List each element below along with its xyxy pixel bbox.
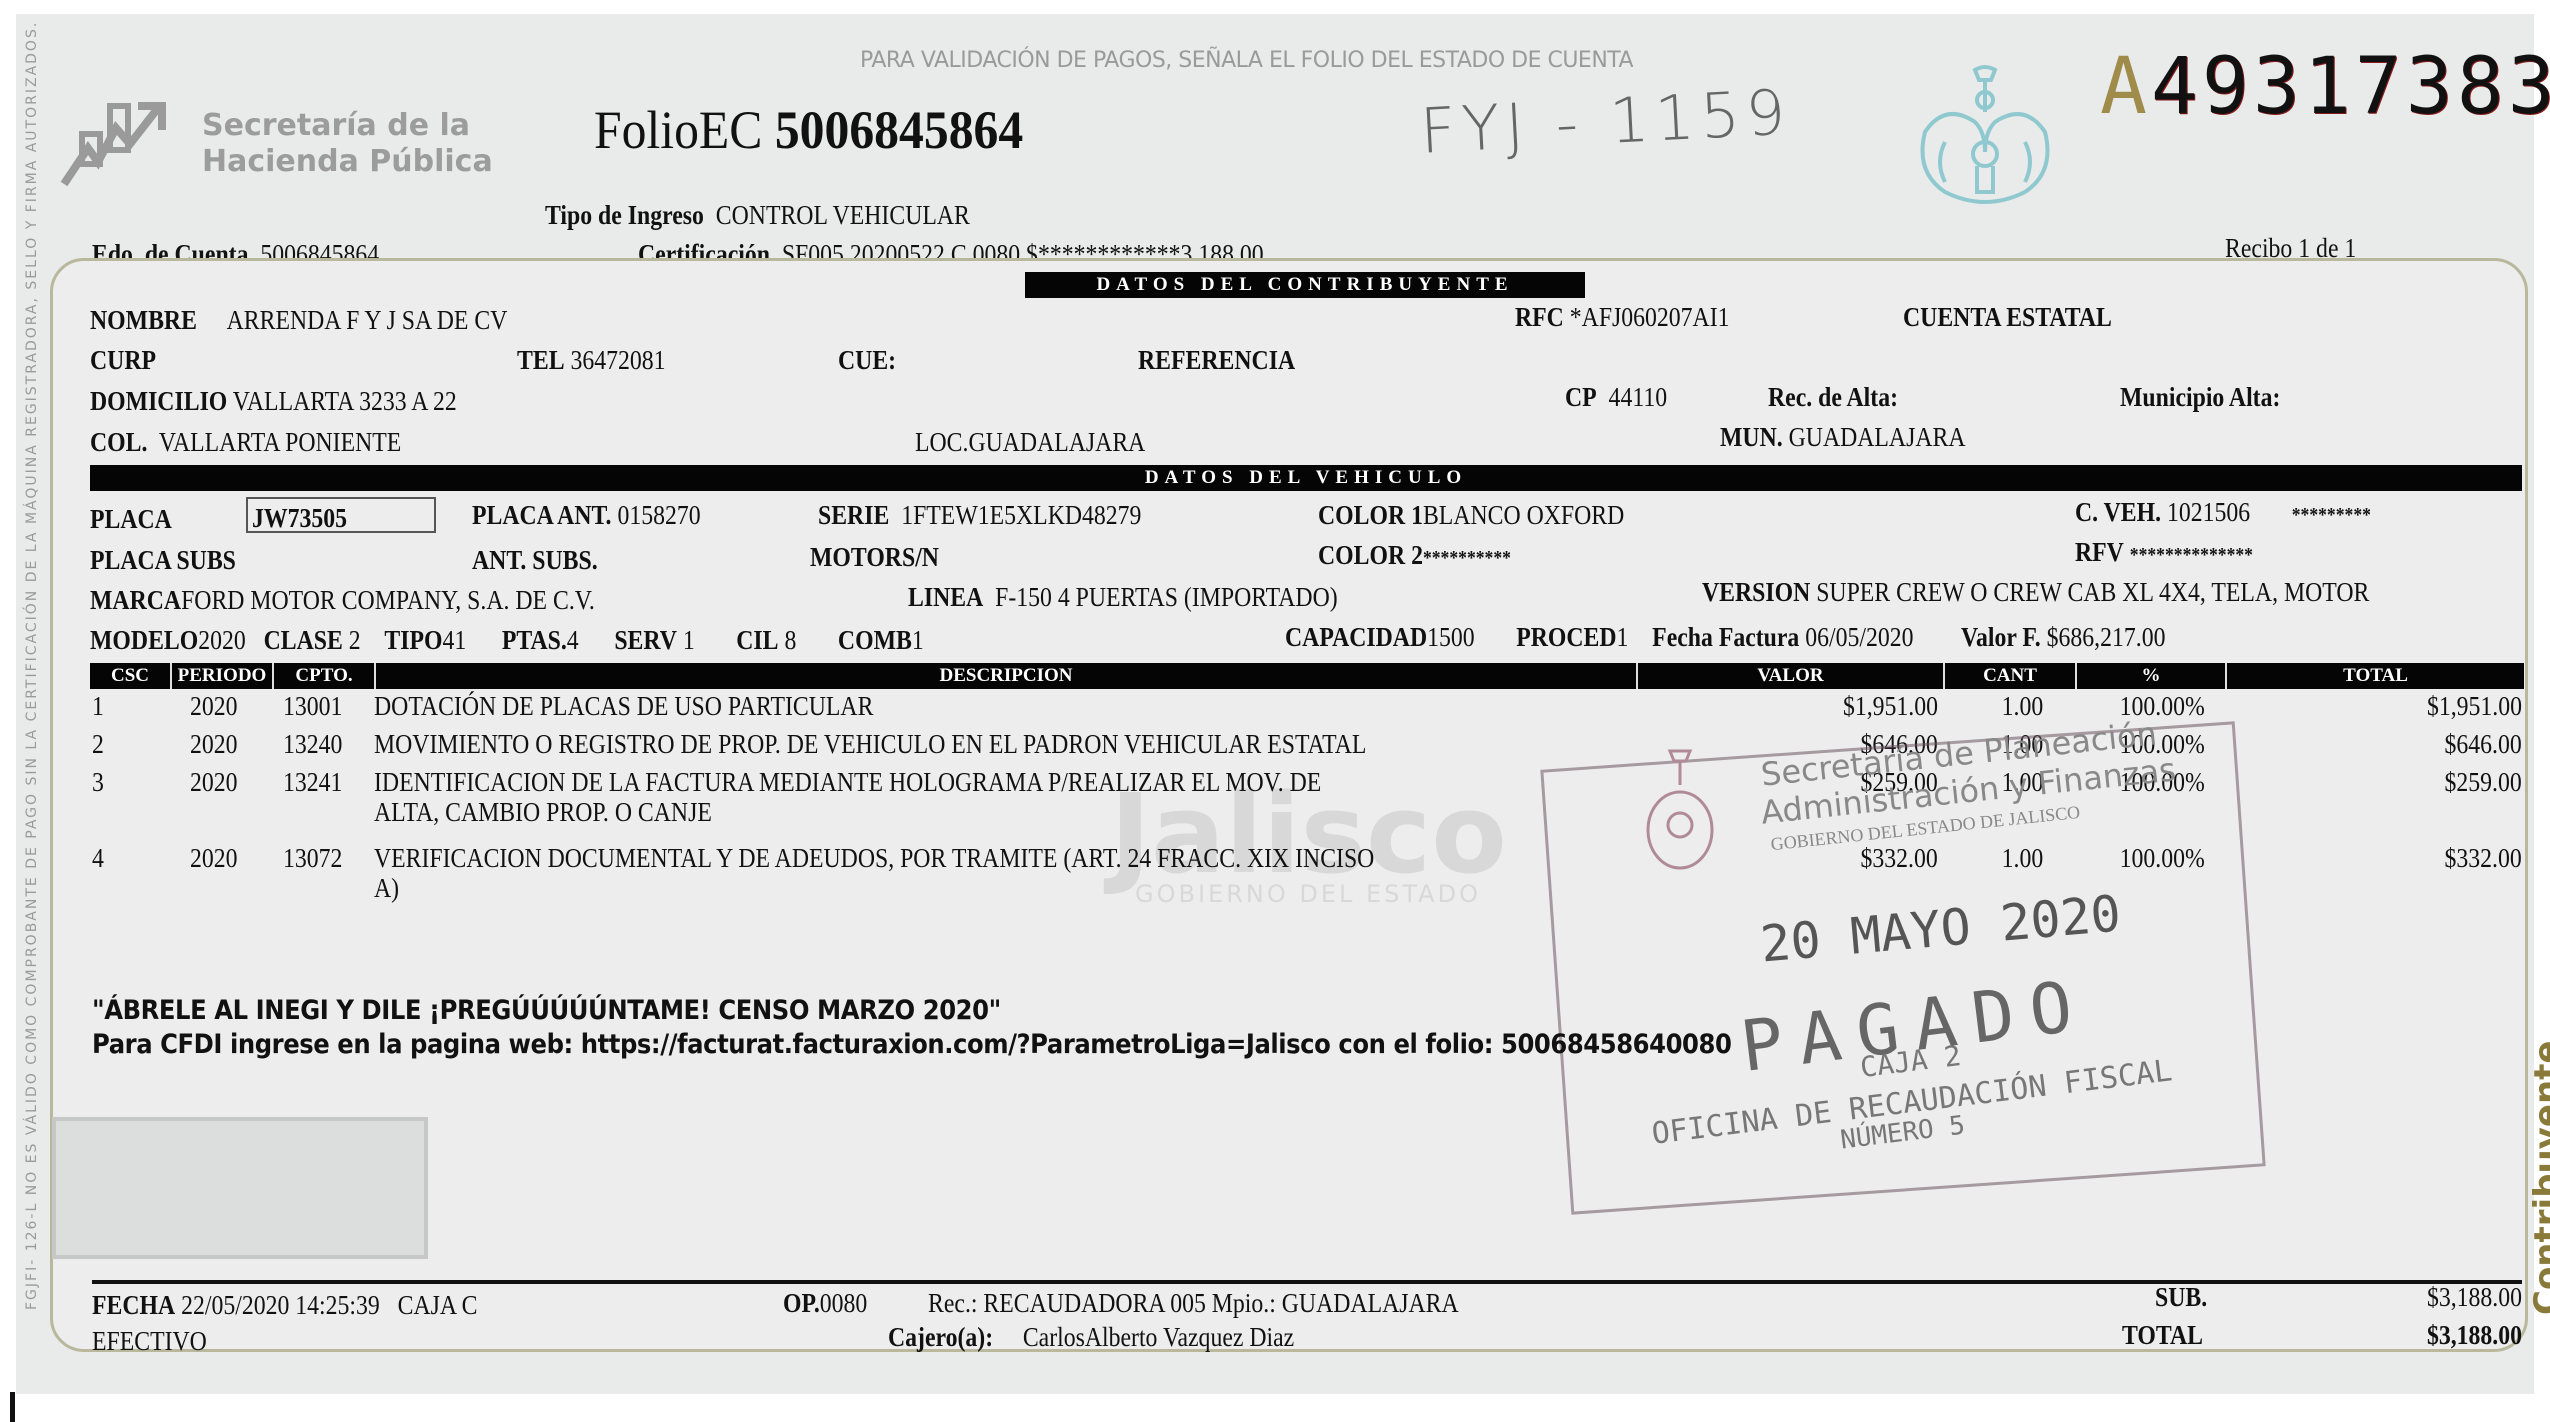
- row-csc: 3: [92, 767, 106, 797]
- total-value: $3,188.00: [2300, 1320, 2522, 1350]
- jalisco-crest-icon: [1905, 62, 2065, 222]
- section-vehiculo: DATOS DEL VEHICULO: [90, 465, 2522, 491]
- row-descripcion: VERIFICACION DOCUMENTAL Y DE ADEUDOS, PO…: [374, 843, 1634, 903]
- cfdi-notice: Para CFDI ingrese en la pagina web: http…: [92, 1029, 1914, 1060]
- cajero-field: Cajero(a): CarlosAlberto Vazquez Diaz: [888, 1322, 1350, 1352]
- row-descripcion: MOVIMIENTO O REGISTRO DE PROP. DE VEHICU…: [374, 729, 1634, 759]
- col-field: COL. VALLARTA PONIENTE: [90, 427, 444, 457]
- marca-field: MARCAFORD MOTOR COMPANY, S.A. DE C.V.: [90, 585, 664, 615]
- nombre-field: NOMBRE ARRENDA F Y J SA DE CV: [90, 305, 564, 335]
- row-total: $646.00: [2225, 729, 2522, 759]
- hacienda-logo-icon: [58, 98, 168, 188]
- scan-edge-mark: [10, 1392, 15, 1422]
- sub-value: $3,188.00: [2300, 1282, 2522, 1312]
- row-cpto: 13072: [283, 843, 351, 873]
- cp-field: CP 44110: [1565, 382, 1681, 412]
- col-header-periodo: PERIODO: [170, 663, 272, 689]
- receipt-serial: A49317383: [2100, 42, 2550, 132]
- serie-field: SERIE 1FTEW1E5XLKD48279: [818, 500, 1186, 530]
- col-header-total: TOTAL: [2225, 663, 2524, 689]
- signature-box: [52, 1117, 428, 1259]
- row-cpto: 13240: [283, 729, 351, 759]
- tipo-ingreso: Tipo de Ingreso CONTROL VEHICULAR: [545, 200, 1028, 230]
- rec-alta-field: Rec. de Alta:: [1768, 382, 1916, 412]
- version-field: VERSION SUPER CREW O CREW CAB XL 4X4, TE…: [1702, 577, 2460, 607]
- row-valor: $1,951.00: [1636, 691, 1938, 721]
- motor-field: MOTORS/N: [810, 542, 957, 572]
- row-periodo: 2020: [190, 729, 244, 759]
- col-header-cpto: CPTO.: [272, 663, 374, 689]
- ant-subs-field: ANT. SUBS.: [472, 545, 615, 575]
- recaudadora-field: Rec.: RECAUDADORA 005 Mpio.: GUADALAJARA: [928, 1288, 1531, 1318]
- agency-name: Secretaría de la Hacienda Pública: [202, 108, 493, 180]
- row-periodo: 2020: [190, 843, 244, 873]
- vehicle-invoice-row: CAPACIDAD1500 PROCED1 Fecha Factura 06/0…: [1285, 622, 2286, 652]
- cue-field: CUE:: [838, 345, 904, 375]
- total-label: TOTAL: [2122, 1320, 2214, 1350]
- tel-field: TEL 36472081: [517, 345, 686, 375]
- row-total: $1,951.00: [2225, 691, 2522, 721]
- section-contribuyente: DATOS DEL CONTRIBUYENTE: [1025, 272, 1585, 298]
- row-periodo: 2020: [190, 691, 244, 721]
- col-header-pct: %: [2075, 663, 2225, 689]
- folio-ec: FolioEC 5006845864: [594, 100, 1061, 160]
- row-csc: 2: [92, 729, 106, 759]
- row-descripcion: IDENTIFICACION DE LA FACTURA MEDIANTE HO…: [374, 767, 1634, 827]
- op-field: OP.0080: [783, 1288, 879, 1318]
- censo-notice: "ÁBRELE AL INEGI Y DILE ¡PREGÚÚÚÚÚNTAME!…: [92, 995, 1102, 1026]
- cuenta-estatal-field: CUENTA ESTATAL: [1903, 302, 2140, 332]
- row-total: $259.00: [2225, 767, 2522, 797]
- rfc-field: RFC *AFJ060207AI1: [1515, 302, 1759, 332]
- row-csc: 1: [92, 691, 106, 721]
- col-header-cant: CANT: [1943, 663, 2075, 689]
- copy-type-label: Contribuyente: [2527, 1041, 2550, 1315]
- color1-field: COLOR 1BLANCO OXFORD: [1318, 500, 1666, 530]
- row-cpto: 13001: [283, 691, 351, 721]
- vehicle-specs-row: MODELO2020 CLASE 2 TIPO41 PTAS.4 SERV 1 …: [90, 625, 1037, 655]
- col-header-valor: VALOR: [1636, 663, 1943, 689]
- placa-subs-field: PLACA SUBS: [90, 545, 256, 575]
- fecha-field: FECHA 22/05/2020 14:25:39 CAJA C: [92, 1290, 530, 1320]
- row-total: $332.00: [2225, 843, 2522, 873]
- placa-label: PLACA: [90, 504, 183, 534]
- placa-ant-field: PLACA ANT. 0158270: [472, 500, 732, 530]
- row-cpto: 13241: [283, 767, 351, 797]
- side-legal-notice: FGJFI- 126-L NO ES VÁLIDO COMO COMPROBAN…: [24, 21, 40, 1310]
- row-periodo: 2020: [190, 767, 244, 797]
- col-header-csc: CSC: [90, 663, 170, 689]
- municipio-alta-field: Municipio Alta:: [2120, 382, 2302, 412]
- validation-notice: PARA VALIDACIÓN DE PAGOS, SEÑALA EL FOLI…: [860, 48, 1633, 73]
- rfv-field: RFV **************: [2075, 537, 2277, 570]
- mun-field: MUN. GUADALAJARA: [1720, 422, 1999, 452]
- col-header-descripcion: DESCRIPCION: [374, 663, 1636, 689]
- stamp-crest-icon: [1640, 745, 1720, 875]
- domicilio-field: DOMICILIO VALLARTA 3233 A 22: [90, 386, 507, 416]
- color2-field: COLOR 2**********: [1318, 540, 1537, 573]
- linea-field: LINEA F-150 4 PUERTAS (IMPORTADO): [908, 582, 1396, 612]
- row-descripcion: DOTACIÓN DE PLACAS DE USO PARTICULAR: [374, 691, 1634, 721]
- row-csc: 4: [92, 843, 106, 873]
- row-cant: 1.00: [1943, 691, 2043, 721]
- curp-field: CURP: [90, 345, 165, 375]
- loc-field: LOC.GUADALAJARA: [915, 427, 1177, 457]
- cveh-field: C. VEH. 1021506 *********: [2075, 497, 2411, 530]
- payment-method: EFECTIVO: [92, 1326, 223, 1356]
- referencia-field: REFERENCIA: [1138, 345, 1317, 375]
- sub-label: SUB.: [2155, 1282, 2214, 1312]
- placa-value-box: JW73505: [246, 497, 436, 533]
